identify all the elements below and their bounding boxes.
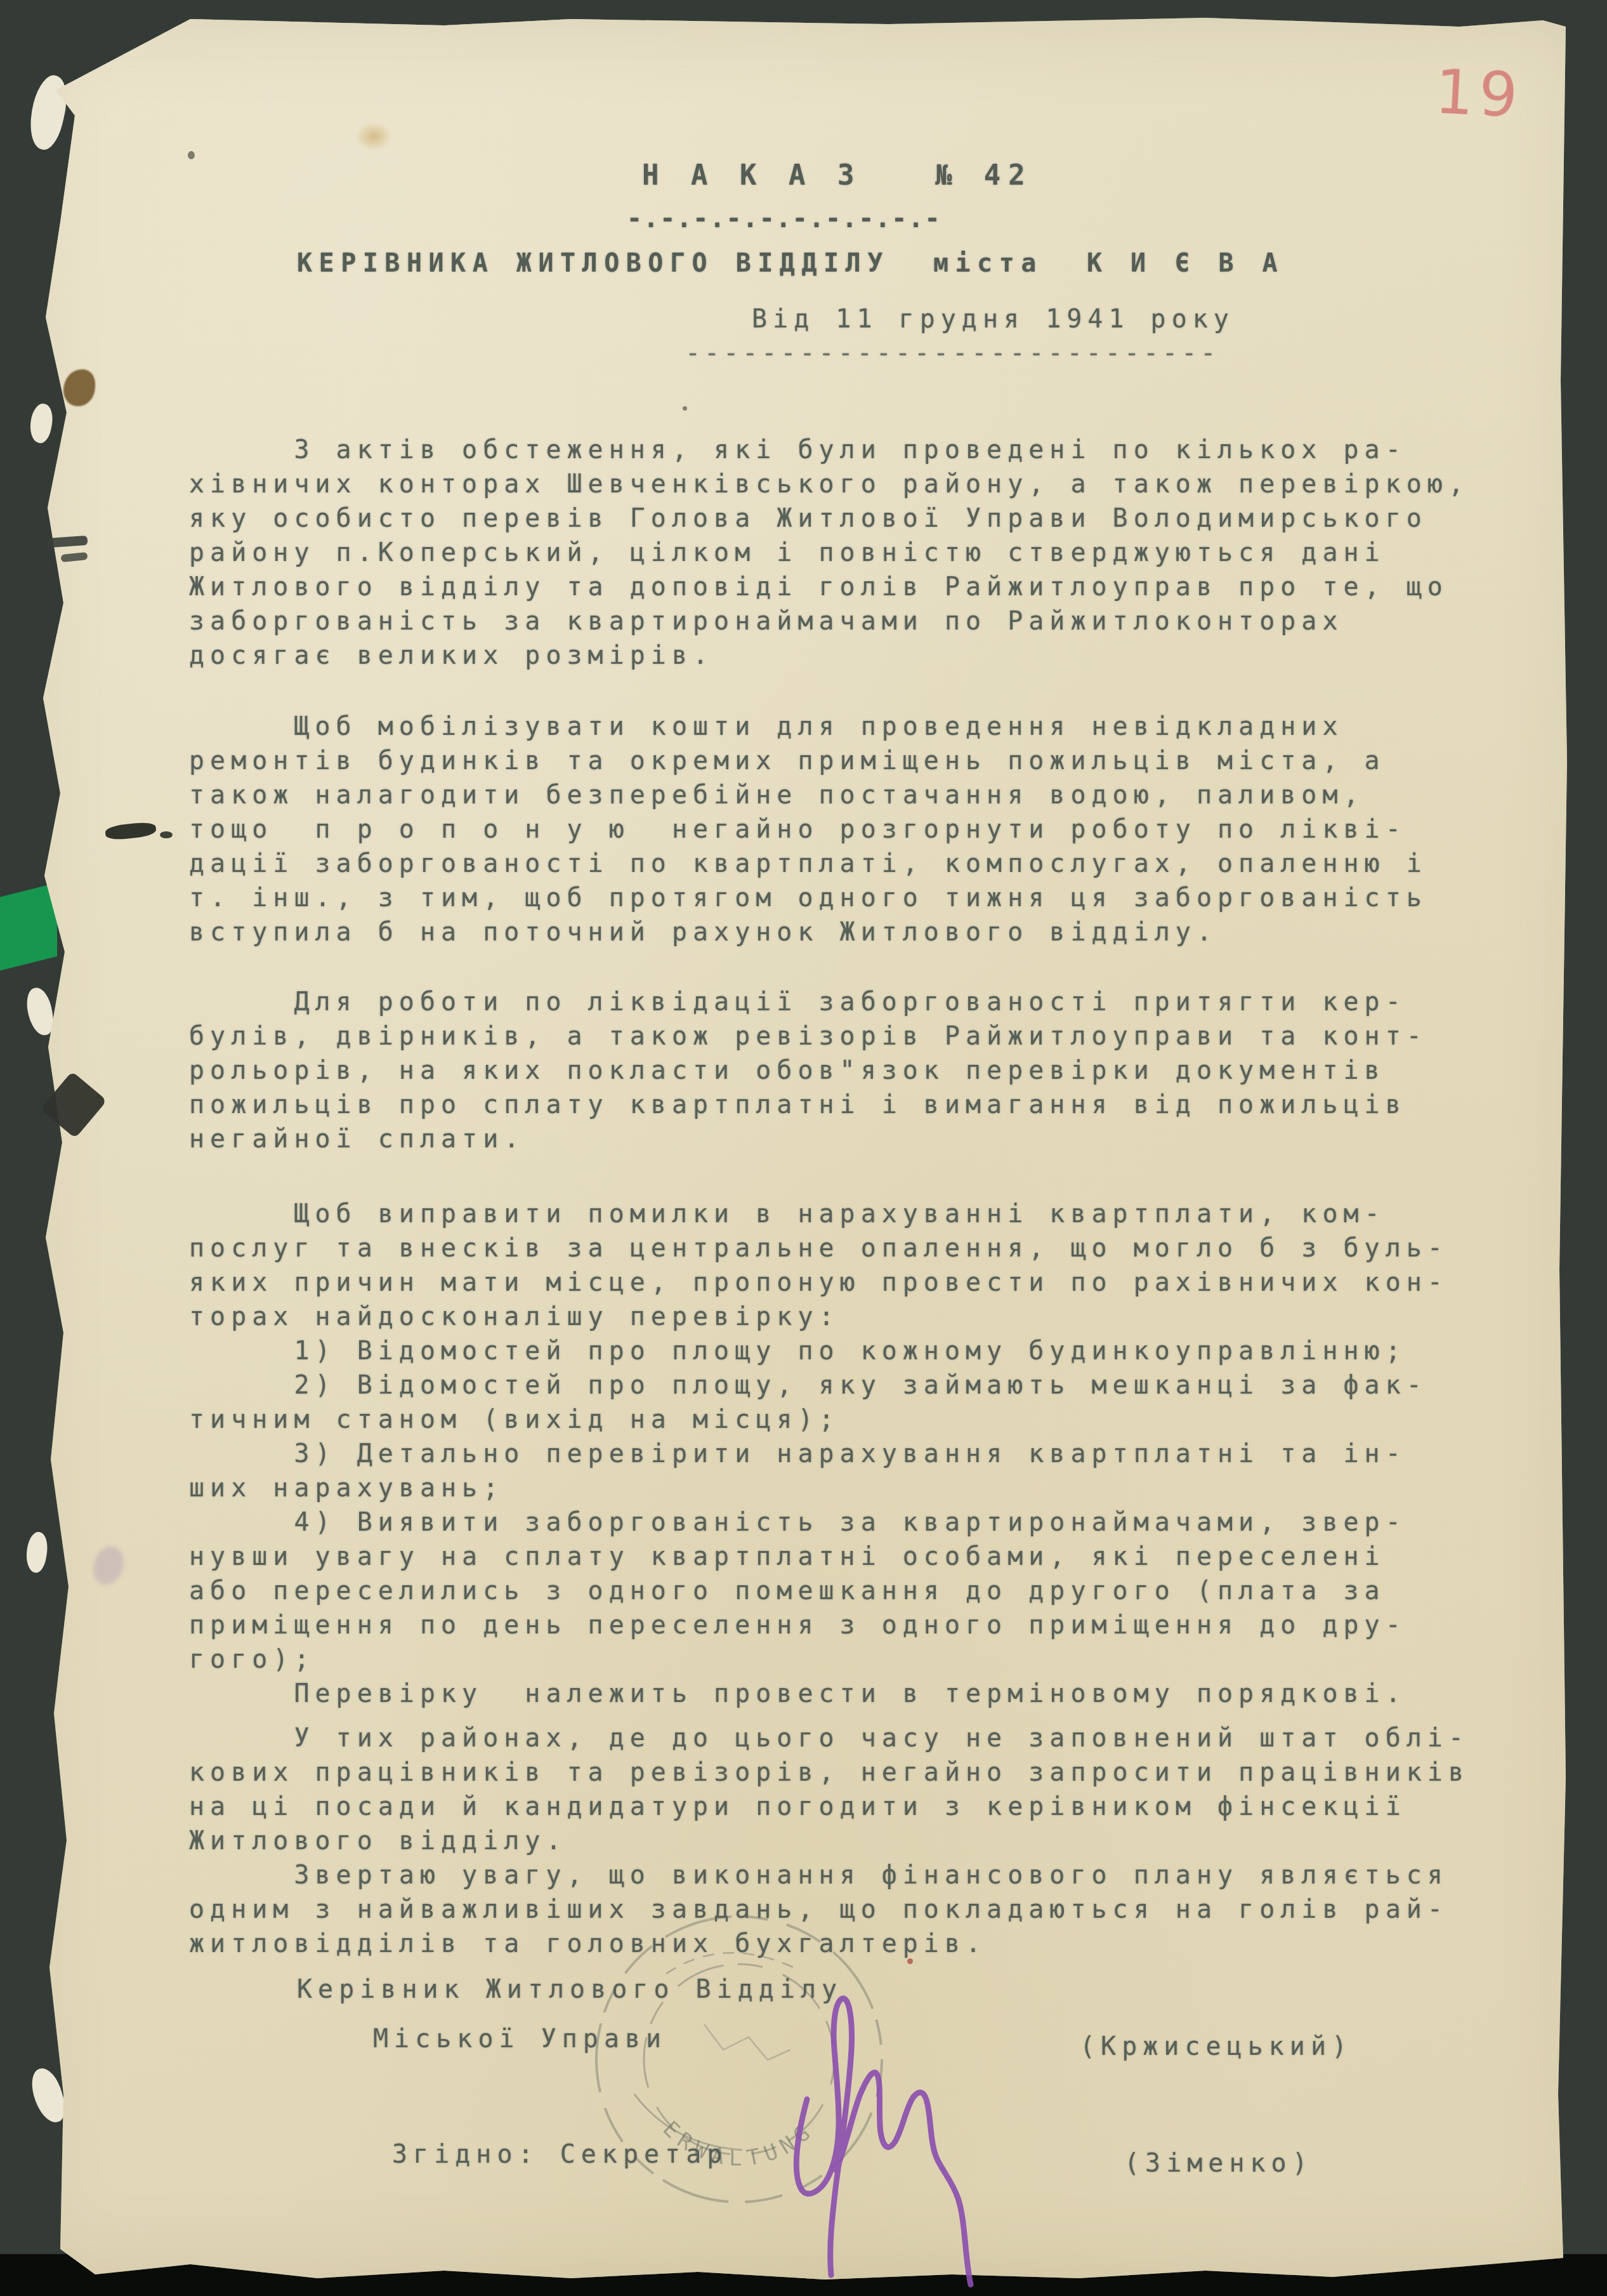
order-title: Н А К А З № 42 xyxy=(642,159,1033,193)
scanned-document-page: 19 Н А К А З № 42 -.-.-.-.-.-.-.-.-.- КЕ… xyxy=(0,0,1607,2296)
signature-name-head: (Кржисецький) xyxy=(1080,2029,1353,2064)
paragraph-4: Щоб виправити помилки в нарахуванні квар… xyxy=(189,1197,1448,1334)
paragraph-1: З актів обстеження, які були проведені п… xyxy=(189,433,1469,673)
ink-blot xyxy=(160,831,173,838)
list-item-1: 1) Відомостей про площу по кожному будин… xyxy=(189,1334,1407,1368)
document-content: 19 Н А К А З № 42 -.-.-.-.-.-.-.-.-.- КЕ… xyxy=(0,0,1607,2296)
list-item-4: 4) Виявити заборгованість за квартиронай… xyxy=(189,1505,1407,1677)
signature-name-secretary: (Зіменко) xyxy=(1124,2146,1313,2181)
paragraph-2: Щоб мобілізувати кошти для проведення не… xyxy=(189,709,1427,949)
order-title-underline: -.-.-.-.-.-.-.-.-.- xyxy=(627,202,941,236)
paper-stain xyxy=(355,122,392,151)
issuer-line: КЕРІВНИКА ЖИТЛОВОГО ВІДДІЛУ міста К И Є … xyxy=(297,246,1284,280)
ink-blot xyxy=(105,821,157,841)
ink-smudge xyxy=(89,1542,129,1588)
page-number: 19 xyxy=(1433,56,1525,131)
approval-line: Згідно: Секретар xyxy=(392,2137,728,2172)
list-item-2: 2) Відомостей про площу, яку займають ме… xyxy=(189,1368,1427,1437)
date-underline: ---------------------------- xyxy=(685,336,1219,371)
paper-speck xyxy=(683,406,687,411)
list-item-3: 3) Детально перевірити нарахування кварт… xyxy=(189,1437,1407,1505)
handwritten-signature xyxy=(761,1967,1028,2296)
paper-speck xyxy=(188,151,195,159)
ink-blot xyxy=(40,1071,107,1138)
closing-paragraph-1: У тих районах, де до цього часу не запов… xyxy=(189,1721,1469,1858)
paragraph-3: Для роботи по ліквідації заборгованості … xyxy=(189,985,1427,1156)
ink-mark xyxy=(48,536,88,548)
signature-role-line-2: Міської Управи xyxy=(373,2022,667,2056)
paper-stain xyxy=(63,369,95,406)
ink-mark xyxy=(60,552,88,562)
inspection-note: Перевірку належить провести в терміновом… xyxy=(189,1677,1407,1711)
date-line: Від 11 грудня 1941 року xyxy=(752,302,1235,336)
